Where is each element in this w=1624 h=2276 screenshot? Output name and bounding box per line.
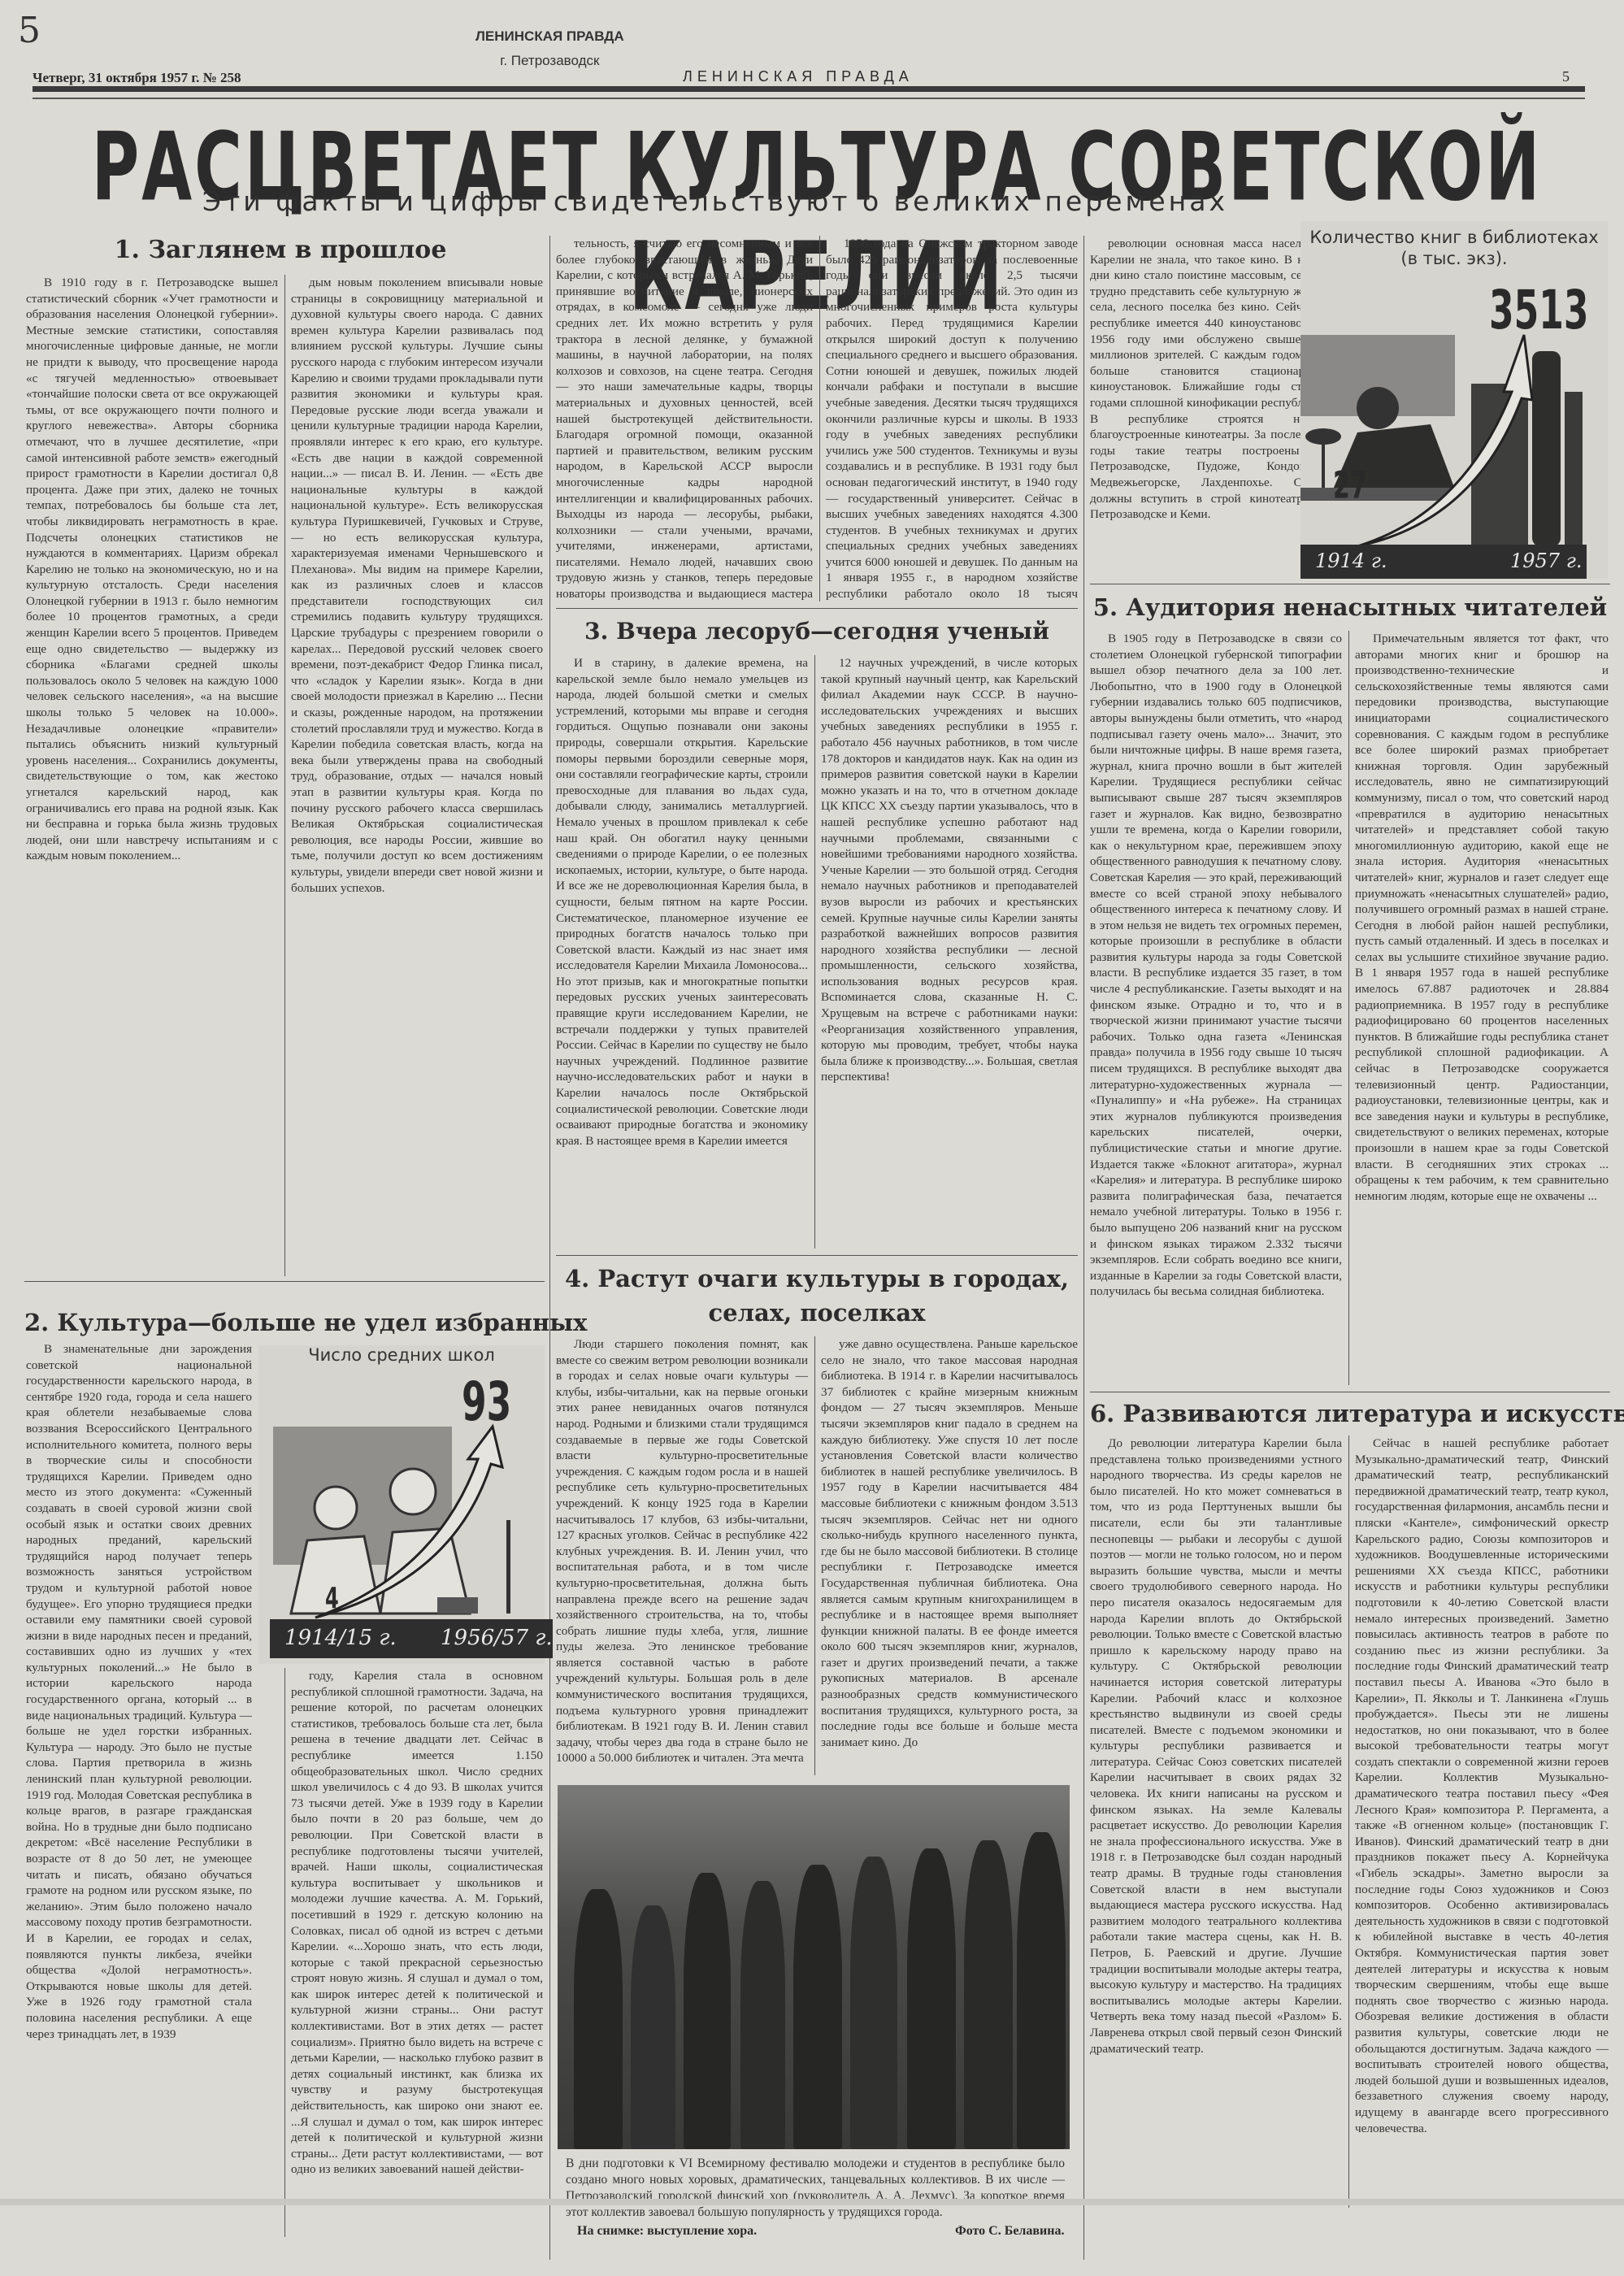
chart-books-in-libraries: Количество книг в библиотеках (в тыс. эк… bbox=[1301, 221, 1608, 579]
masthead-rule-thin bbox=[33, 98, 1585, 99]
section-3-column-b: 12 научных учреждений, в числе которых т… bbox=[821, 655, 1078, 1249]
section-6-column-b: Сейчас в нашей республике работает Музык… bbox=[1355, 1436, 1609, 2208]
section-2-column-b: году, Карелия стала в основном республик… bbox=[291, 1668, 543, 2237]
article-text: Примечательным является тот факт, что ав… bbox=[1355, 631, 1609, 1204]
dateline: Четверг, 31 октября 1957 г. № 258 bbox=[33, 70, 241, 86]
column-divider bbox=[1083, 236, 1084, 2260]
article-text: В знаменательные дни зарождения советско… bbox=[26, 1341, 252, 2042]
section-1-column-c: тельность, я считаю его несомненным и вс… bbox=[556, 236, 813, 602]
section-1-title: 1. Заглянем в прошлое bbox=[24, 236, 536, 264]
section-1-column-e: революции основная масса населения Карел… bbox=[1090, 236, 1326, 577]
chart-end-year: 1957 г. bbox=[1510, 549, 1582, 572]
section-6-title: 6. Развиваются литература и искусство bbox=[1090, 1400, 1610, 1427]
section-divider bbox=[556, 608, 1078, 609]
photo-on-photo-label: На снимке: выступление хора. bbox=[577, 2224, 757, 2239]
library-stamp: ЛЕНИНСКАЯ ПРАВДА г. Петрозаводск bbox=[475, 24, 624, 73]
column-divider bbox=[819, 236, 820, 602]
column-divider bbox=[549, 236, 550, 2260]
article-text: Сейчас в нашей республике работает Музык… bbox=[1355, 1436, 1609, 2136]
photo-caption: В дни подготовки к VI Всемирному фестива… bbox=[566, 2156, 1065, 2221]
section-divider bbox=[1090, 584, 1610, 584]
section-1-column-b: дым новым поколением вписывали новые стр… bbox=[291, 275, 543, 1276]
section-2-title: 2. Культура—больше не удел избранных bbox=[24, 1309, 545, 1336]
article-text: 1956 года на Онежском тракторном заводе … bbox=[826, 236, 1078, 602]
stamp-line-1: ЛЕНИНСКАЯ ПРАВДА bbox=[475, 24, 624, 49]
column-divider bbox=[284, 1668, 285, 2237]
section-6-column-a: До революции литература Карелии была пре… bbox=[1090, 1436, 1342, 2208]
handwritten-mark: 5 bbox=[18, 10, 41, 51]
section-3-title: 3. Вчера лесоруб—сегодня ученый bbox=[556, 618, 1078, 645]
article-text: революции основная масса населения Карел… bbox=[1090, 236, 1326, 523]
chart-secondary-schools: Число средних школ 93 4 1914/15 г. 1956/… bbox=[258, 1345, 545, 1664]
article-text: 12 научных учреждений, в числе которых т… bbox=[821, 655, 1078, 1085]
column-divider bbox=[1348, 1436, 1349, 2208]
section-1-column-d: 1956 года на Онежском тракторном заводе … bbox=[826, 236, 1078, 602]
section-4-title-line-1: 4. Растут очаги культуры в городах, bbox=[556, 1265, 1078, 1292]
section-2-column-a: В знаменательные дни зарождения советско… bbox=[26, 1341, 252, 2235]
page-bottom-edge bbox=[0, 2199, 1624, 2205]
reader-arrow-illustration-icon bbox=[1301, 302, 1608, 546]
article-text: уже давно осуществлена. Раньше карельско… bbox=[821, 1336, 1078, 1750]
section-1-column-a: В 1910 году в г. Петрозаводске вышел ста… bbox=[26, 275, 278, 1276]
paper-name: ЛЕНИНСКАЯ ПРАВДА bbox=[683, 68, 914, 85]
article-text: До революции литература Карелии была пре… bbox=[1090, 1436, 1342, 2057]
chart-year-bar: 1914/15 г. 1956/57 г. bbox=[270, 1619, 553, 1658]
chart-start-year: 1914/15 г. bbox=[284, 1626, 397, 1650]
choir-photo bbox=[558, 1785, 1070, 2149]
teacher-student-arrow-illustration-icon bbox=[258, 1378, 545, 1622]
chart-title: Количество книг в библиотеках bbox=[1301, 228, 1608, 247]
article-text: тельность, я считаю его несомненным и вс… bbox=[556, 236, 813, 602]
section-4-column-a: Люди старшего поколения помнят, как вмес… bbox=[556, 1336, 808, 1775]
chart-year-bar: 1914 г. 1957 г. bbox=[1301, 545, 1587, 579]
stamp-line-2: г. Петрозаводск bbox=[475, 49, 624, 73]
chart-end-year: 1956/57 г. bbox=[441, 1626, 553, 1650]
section-divider bbox=[24, 1281, 545, 1282]
chart-start-value: 4 bbox=[325, 1581, 339, 1615]
column-divider bbox=[814, 1336, 815, 1775]
chart-title: Число средних школ bbox=[258, 1345, 545, 1365]
article-text: И в старину, в далекие времена, на карел… bbox=[556, 655, 808, 1149]
section-4-column-b: уже давно осуществлена. Раньше карельско… bbox=[821, 1336, 1078, 1775]
article-text: дым новым поколением вписывали новые стр… bbox=[291, 275, 543, 896]
section-divider bbox=[1090, 1392, 1610, 1392]
column-divider bbox=[814, 655, 815, 1249]
chart-start-value: 27 bbox=[1333, 465, 1367, 508]
section-divider bbox=[556, 1255, 1078, 1256]
column-divider bbox=[284, 275, 285, 1276]
chart-subtitle: (в тыс. экз). bbox=[1301, 249, 1608, 268]
column-divider bbox=[1348, 631, 1349, 1385]
section-4-title-line-2: селах, поселках bbox=[556, 1299, 1078, 1327]
page-number: 5 bbox=[1562, 68, 1570, 85]
article-text: В 1905 году в Петрозаводске в связи со с… bbox=[1090, 631, 1342, 1300]
article-text: Люди старшего поколения помнят, как вмес… bbox=[556, 1336, 808, 1766]
section-5-column-b: Примечательным является тот факт, что ав… bbox=[1355, 631, 1609, 1385]
article-text: году, Карелия стала в основном республик… bbox=[291, 1668, 543, 2178]
section-3-column-a: И в старину, в далекие времена, на карел… bbox=[556, 655, 808, 1249]
article-text: В 1910 году в г. Петрозаводске вышел ста… bbox=[26, 275, 278, 864]
section-5-column-a: В 1905 году в Петрозаводске в связи со с… bbox=[1090, 631, 1342, 1385]
page-subheadline: Эти факты и цифры свидетельствуют о вели… bbox=[33, 185, 1398, 217]
photo-credit: Фото С. Белавина. bbox=[955, 2224, 1064, 2239]
masthead-rule-thick bbox=[33, 86, 1585, 92]
chart-start-year: 1914 г. bbox=[1315, 549, 1387, 572]
section-5-title: 5. Аудитория ненасытных читателей bbox=[1090, 593, 1610, 621]
